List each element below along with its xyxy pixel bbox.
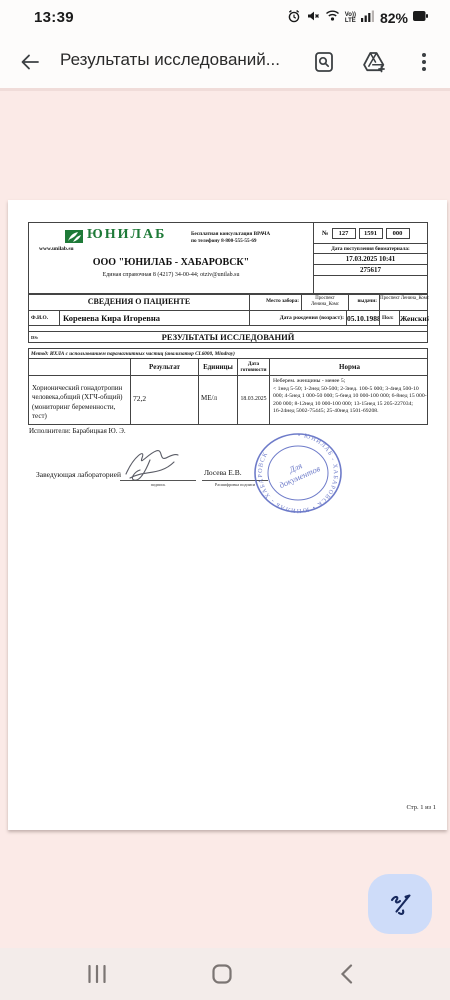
column-header-norm: Норма (269, 359, 429, 375)
dob-label: Дата рождения (возраст): (249, 311, 346, 325)
overflow-menu-icon (421, 52, 427, 72)
edit-pen-icon (386, 890, 414, 918)
order-number-cell: 1591 (359, 228, 383, 239)
app-bar: Результаты исследований... (0, 36, 450, 88)
consult-text: Бесплатная консультация ВРАЧА по телефон… (191, 231, 309, 245)
find-in-page-button[interactable] (310, 48, 338, 76)
nav-home-button[interactable] (194, 948, 250, 1000)
nav-back-button[interactable] (318, 948, 374, 1000)
battery-icon (413, 9, 428, 27)
results-section-title: РЕЗУЛЬТАТЫ ИССЛЕДОВАНИЙ (29, 331, 427, 342)
back-arrow-icon (19, 51, 41, 73)
signatory-name: Лосева Е.В. (204, 468, 242, 477)
executors-line: Исполнители: Барабицкая Ю. Э. (29, 427, 126, 435)
signal-icon (361, 9, 375, 27)
page-indicator: Стр. 1 из 1 (407, 804, 436, 811)
navigation-bar (0, 948, 450, 1000)
sex-label: Пол: (379, 311, 399, 325)
app-bar-actions (310, 46, 438, 78)
fio-value: Коренева Кира Игоревна (59, 311, 249, 325)
lab-header-right: № 127 1591 000 Дата поступления биоматер… (313, 223, 427, 294)
overflow-menu-button[interactable] (410, 48, 438, 76)
results-table: Метод: ИХЛА с использованием парамагнитн… (28, 348, 428, 425)
order-number-cell: 000 (386, 228, 410, 239)
lab-website: www.unilab.su (39, 246, 74, 252)
status-icons: Vo)) LTE 82% (287, 0, 428, 36)
lab-header-table: ЮНИЛАБ www.unilab.su Бесплатная консульт… (28, 222, 428, 295)
order-number-cell: 127 (332, 228, 356, 239)
company-name: ООО "ЮНИЛАБ - ХАБАРОВСК" (29, 257, 313, 268)
column-header-test (29, 359, 130, 375)
lab-head-label: Заведующая лабораторией (36, 470, 121, 479)
biomaterial-date: 17.03.2025 10:41 (314, 254, 427, 265)
column-header-result: Результат (130, 359, 198, 375)
patient-section-title: СВЕДЕНИЯ О ПАЦИЕНТЕ (29, 294, 249, 310)
nav-recents-icon (87, 965, 107, 983)
contact-line: Единая справочная 8 (4217) 34-00-44; otz… (29, 272, 313, 278)
sex-value: Женский (399, 311, 429, 325)
ds-label: DS: (31, 335, 38, 340)
volte-icon: Vo)) LTE (345, 12, 356, 25)
nav-recents-button[interactable] (69, 948, 125, 1000)
back-button[interactable] (16, 48, 44, 76)
patient-row-2: Ф.И.О. Коренева Кира Игоревна Дата рожде… (29, 310, 427, 325)
biomaterial-label: Дата поступления биоматериала: (314, 244, 427, 254)
nav-home-icon (212, 964, 232, 984)
order-number-row: № 127 1591 000 (314, 223, 427, 244)
patient-table: СВЕДЕНИЯ О ПАЦИЕНТЕ Место забора: Проспе… (28, 293, 428, 343)
add-to-drive-button[interactable] (360, 48, 388, 76)
document-page[interactable]: ЮНИЛАБ www.unilab.su Бесплатная консульт… (8, 200, 447, 830)
lab-stamp: • ЮНИЛАБ - ХАБАРОВСК • ЮНИЛАБ - ХАБАРОВС… (248, 428, 348, 523)
phone-screen: 13:39 Vo)) LTE 82% (0, 0, 450, 1000)
test-name: Хорионический гонадотропин человека,общи… (29, 376, 130, 424)
lab-header-left: ЮНИЛАБ www.unilab.su Бесплатная консульт… (29, 223, 313, 294)
order-no-label: № (322, 230, 329, 237)
lab-logo-text: ЮНИЛАБ (87, 227, 166, 243)
app-bar-divider (0, 88, 450, 91)
status-bar: 13:39 Vo)) LTE 82% (0, 0, 450, 36)
test-result: 72,2 (130, 376, 198, 424)
annotate-fab-button[interactable] (368, 874, 432, 934)
alarm-icon (287, 9, 301, 28)
wifi-icon (325, 9, 340, 27)
drive-add-icon (362, 51, 386, 73)
place-label: Место забора: (249, 294, 301, 310)
issue-label: выдачи: (348, 294, 379, 310)
test-units: МЕ/л (198, 376, 237, 424)
issue-value: Проспект Ленина_Комс (379, 294, 429, 310)
signature-line (120, 480, 196, 481)
results-data-row: Хорионический гонадотропин человека,общи… (29, 376, 427, 424)
column-header-units: Единицы (198, 359, 237, 375)
test-ready-date: 18.03.2025 (237, 376, 269, 424)
mute-icon (306, 9, 320, 28)
order-id: 275617 (314, 265, 427, 276)
place-value: Проспект Ленина_Комс (301, 294, 348, 310)
dob-value: 05.10.1988 (346, 311, 379, 325)
document-title: Результаты исследований... (60, 50, 300, 70)
method-line: Метод: ИХЛА с использованием парамагнитн… (29, 349, 427, 359)
patient-row-1: СВЕДЕНИЯ О ПАЦИЕНТЕ Место забора: Проспе… (29, 294, 427, 310)
test-norm: Неберем. женщины - менее 5; < 1нед 5-50;… (269, 376, 429, 424)
fio-label: Ф.И.О. (29, 311, 59, 325)
find-in-page-icon (313, 51, 335, 73)
clock-text: 13:39 (34, 9, 74, 26)
nav-back-icon (340, 964, 353, 984)
results-header-row: Результат Единицы Дата готовности Норма (29, 359, 427, 376)
signature-caption: подпись (120, 482, 196, 487)
column-header-ready-date: Дата готовности (237, 359, 269, 375)
battery-percent-text: 82% (380, 10, 408, 26)
